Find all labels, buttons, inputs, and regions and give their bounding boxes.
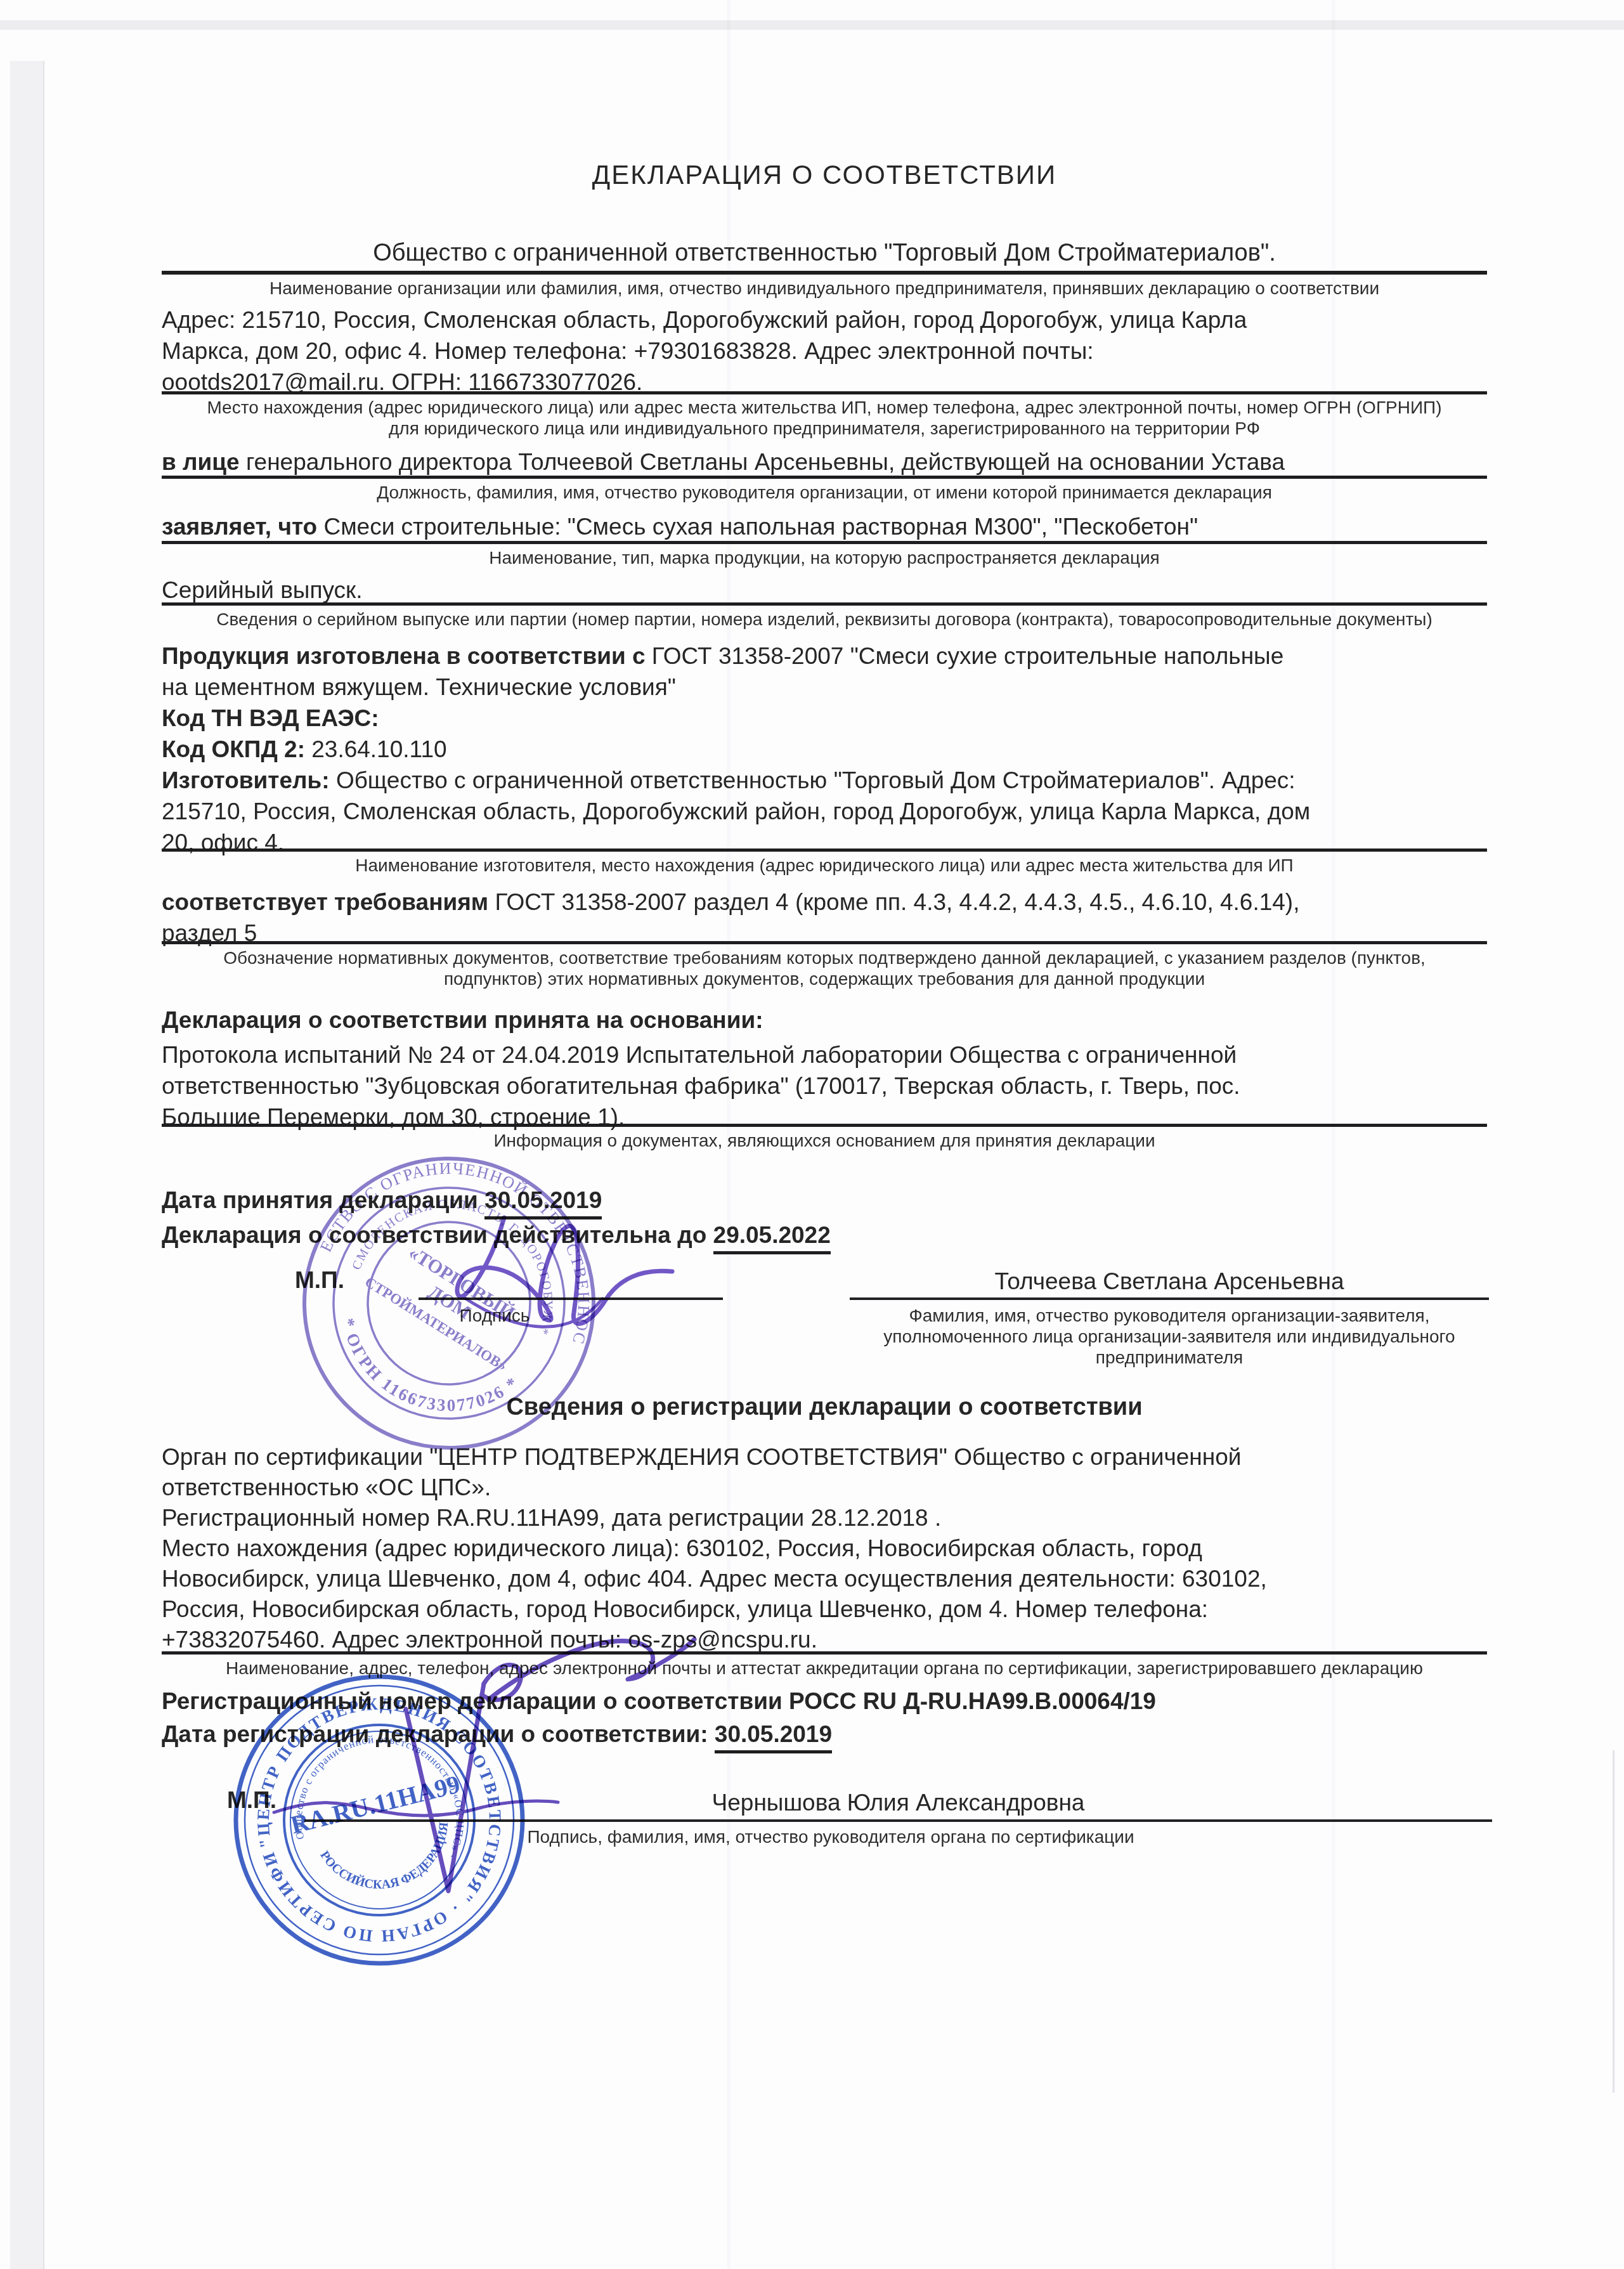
- cert-body-line: ответственностью «ОС ЦПС».: [162, 1473, 1267, 1503]
- compliance-line: соответствует требованиям ГОСТ 31358-200…: [162, 887, 1299, 918]
- compliance-caption: Обозначение нормативных документов, соот…: [162, 947, 1487, 989]
- address-line: Маркса, дом 20, офис 4. Номер телефона: …: [162, 335, 1247, 367]
- caption-line: уполномоченного лица организации-заявите…: [850, 1326, 1489, 1347]
- declares-line: заявляет, что Смеси строительные: "Смесь…: [162, 511, 1198, 542]
- manufactured-label: Продукция изготовлена в соответствии с: [162, 643, 652, 669]
- basis-heading-text: Декларация о соответствии принята на осн…: [162, 1007, 763, 1033]
- caption-line: подпунктов) этих нормативных документов,…: [162, 968, 1487, 989]
- applicant-signature-ink: [406, 1180, 736, 1370]
- caption-line: Обозначение нормативных документов, соот…: [162, 947, 1487, 968]
- declares-caption: Наименование, тип, марка продукции, на к…: [162, 547, 1487, 568]
- director-caption: Должность, фамилия, имя, отчество руково…: [162, 482, 1487, 503]
- scan-right-edge: [1613, 1750, 1614, 2093]
- divider: [162, 602, 1487, 606]
- okpd-value: 23.64.10.110: [311, 736, 446, 762]
- manufactured-block: Продукция изготовлена в соответствии с Г…: [162, 640, 1310, 858]
- basis-line: Большие Перемерки, дом 30, строение 1).: [162, 1102, 1240, 1133]
- basis-line: Протокола испытаний № 24 от 24.04.2019 И…: [162, 1039, 1240, 1070]
- basis-heading: Декларация о соответствии принята на осн…: [162, 1004, 763, 1036]
- manufactured-line: Продукция изготовлена в соответствии с Г…: [162, 640, 1310, 672]
- manufacturer-line: 215710, Россия, Смоленская область, Доро…: [162, 796, 1310, 827]
- compliance-label: соответствует требованиям: [162, 889, 495, 915]
- registration-number-value: РОСС RU Д-RU.НА99.В.00064/19: [789, 1688, 1156, 1714]
- applicant-name: Общество с ограниченной ответственностью…: [162, 240, 1487, 267]
- manufacturer-value: Общество с ограниченной ответственностью…: [336, 767, 1296, 793]
- manufacturer-caption: Наименование изготовителя, место нахожде…: [162, 855, 1487, 876]
- divider: [162, 541, 1487, 544]
- cert-body-line: Регистрационный номер RA.RU.11НА99, дата…: [162, 1503, 1267, 1533]
- director-label: в лице: [162, 449, 246, 475]
- address-line: Адрес: 215710, Россия, Смоленская област…: [162, 304, 1247, 335]
- scan-top-band: [0, 20, 1624, 30]
- scan-left-edge: [10, 61, 44, 2269]
- certifier-signature-ink: [266, 1617, 710, 1902]
- applicant-caption: Наименование организации или фамилия, им…: [162, 278, 1487, 299]
- divider: [162, 1124, 1487, 1127]
- applicant-address: Адрес: 215710, Россия, Смоленская област…: [162, 304, 1247, 398]
- declares-value: Смеси строительные: "Смесь сухая напольн…: [323, 514, 1198, 540]
- caption-line: для юридического лица или индивидуальног…: [162, 418, 1487, 439]
- page-title: ДЕКЛАРАЦИЯ О СООТВЕТСТВИИ: [162, 160, 1487, 190]
- caption-line: Фамилия, имя, отчество руководителя орга…: [850, 1305, 1489, 1326]
- declares-label: заявляет, что: [162, 514, 323, 540]
- okpd-line: Код ОКПД 2: 23.64.10.110: [162, 734, 1310, 765]
- divider: [162, 476, 1487, 479]
- manufacturer-line: Изготовитель: Общество с ограниченной от…: [162, 765, 1310, 796]
- divider: [162, 941, 1487, 944]
- tnved-line: Код ТН ВЭД ЕАЭС:: [162, 703, 1310, 734]
- basis-block: Протокола испытаний № 24 от 24.04.2019 И…: [162, 1039, 1240, 1133]
- director-line: в лице генерального директора Толчеевой …: [162, 446, 1285, 478]
- manufacturer-label: Изготовитель:: [162, 767, 336, 793]
- basis-caption: Информация о документах, являющихся осно…: [162, 1130, 1487, 1151]
- caption-line: Место нахождения (адрес юридического лиц…: [162, 397, 1487, 418]
- declaration-document: ДЕКЛАРАЦИЯ О СООТВЕТСТВИИ Общество с огр…: [0, 0, 1624, 2269]
- cert-body-line: Место нахождения (адрес юридического лиц…: [162, 1533, 1267, 1564]
- manufactured-value: ГОСТ 31358-2007 "Смеси сухие строительны…: [652, 643, 1283, 669]
- applicant-head-caption: Фамилия, имя, отчество руководителя орга…: [850, 1305, 1489, 1368]
- cert-body-line: Новосибирск, улица Шевченко, дом 4, офис…: [162, 1564, 1267, 1594]
- basis-line: ответственностью "Зубцовская обогатитель…: [162, 1070, 1240, 1102]
- signature-line-applicant-name: [850, 1297, 1489, 1300]
- applicant-head-name: Толчеева Светлана Арсеньевна: [850, 1266, 1489, 1297]
- okpd-label: Код ОКПД 2:: [162, 736, 311, 762]
- compliance-value: ГОСТ 31358-2007 раздел 4 (кроме пп. 4.3,…: [495, 889, 1300, 915]
- caption-line: предпринимателя: [850, 1347, 1489, 1368]
- registration-date-value: 30.05.2019: [715, 1721, 832, 1753]
- serial-line: Серийный выпуск.: [162, 575, 363, 606]
- manufacturer-line: 20, офис 4.: [162, 827, 1310, 858]
- manufactured-line: на цементном вяжущем. Технические услови…: [162, 672, 1310, 703]
- address-caption: Место нахождения (адрес юридического лиц…: [162, 397, 1487, 439]
- director-value: генерального директора Толчеевой Светлан…: [246, 449, 1285, 475]
- tnved-label: Код ТН ВЭД ЕАЭС:: [162, 705, 379, 731]
- divider: [162, 271, 1487, 275]
- serial-caption: Сведения о серийном выпуске или партии (…: [162, 609, 1487, 630]
- divider: [162, 848, 1487, 852]
- compliance-block: соответствует требованиям ГОСТ 31358-200…: [162, 887, 1299, 949]
- divider: [162, 391, 1487, 394]
